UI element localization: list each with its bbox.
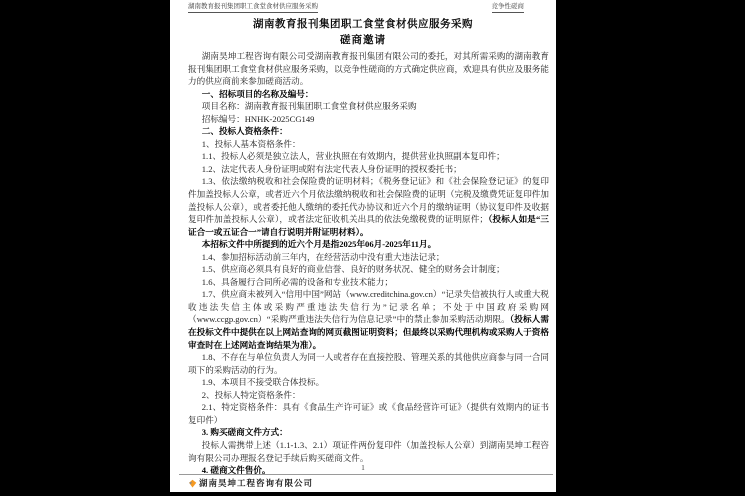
paragraph: 二、投标人资格条件：: [188, 125, 549, 138]
paragraph: 2、投标人特定资格条件：: [188, 389, 549, 402]
footer-divider: [179, 474, 553, 475]
document-subtitle: 磋商邀请: [170, 34, 556, 47]
paragraph: 1.1、投标人必须是独立法人，营业执照在有效期内，提供营业执照副本复印件；: [188, 150, 549, 163]
paragraph: 一、招标项目的名称及编号：: [188, 88, 549, 101]
document-title: 湖南教育报刊集团职工食堂食材供应服务采购: [170, 18, 556, 31]
footer-company-name: 湖南昊坤工程咨询有限公司: [199, 477, 313, 489]
paragraph: 2.1、特定资格条件：具有《食品生产许可证》或《食品经营许可证》（提供有效期内的…: [188, 401, 549, 426]
paragraph: 1.3、依法缴纳税收和社会保险费的证明材料；《税务登记证》和《社会保险登记证》的…: [188, 175, 549, 238]
paragraph: 1.6、具备履行合同所必需的设备和专业技术能力；: [188, 276, 549, 289]
paragraph: 3. 购买磋商文件方式：: [188, 426, 549, 439]
viewer-canvas: { "page": { "header_left": "湖南教育报刊集团职工食堂…: [0, 0, 745, 496]
paragraph: 投标人需携带上述（1.1-1.3、2.1）项证件两份复印件（加盖投标人公章）到湖…: [188, 439, 549, 464]
paragraph: 1.7、供应商未被列入“信用中国”网站（www.creditchina.gov.…: [188, 288, 549, 351]
page-header: 湖南教育报刊集团职工食堂食材供应服务采购 竞争性磋商: [170, 0, 556, 13]
paragraph: 1.4、参加招标活动前三年内，在经营活动中没有重大违法记录；: [188, 251, 549, 264]
header-left-text: 湖南教育报刊集团职工食堂食材供应服务采购: [188, 3, 318, 13]
document-page: 湖南教育报刊集团职工食堂食材供应服务采购 竞争性磋商 湖南教育报刊集团职工食堂食…: [170, 0, 556, 492]
paragraph: 1.9、本项目不接受联合体投标。: [188, 376, 549, 389]
page-number: 1: [170, 465, 556, 472]
header-right-text: 竞争性磋商: [492, 3, 525, 13]
paragraph: 1、投标人基本资格条件：: [188, 138, 549, 151]
paragraph: 1.5、供应商必须具有良好的商业信誉、良好的财务状况、健全的财务会计制度；: [188, 263, 549, 276]
company-logo-icon: [188, 479, 197, 488]
paragraph: 1.2、法定代表人身份证明或附有法定代表人身份证明的授权委托书；: [188, 163, 549, 176]
paragraph: 项目名称：湖南教育报刊集团职工食堂食材供应服务采购: [188, 100, 549, 113]
paragraph: 1.8、不存在与单位负责人为同一人或者存在直接控股、管理关系的其他供应商参与同一…: [188, 351, 549, 376]
paragraph: 招标编号：HNHK-2025CG149: [188, 113, 549, 126]
paragraph: 本招标文件中所提到的近六个月是指2025年06月-2025年11月。: [188, 238, 549, 251]
paragraph: 湖南昊坤工程咨询有限公司受湖南教育报刊集团有限公司的委托，对其所需采购的湖南教育…: [188, 50, 549, 88]
document-body: 湖南昊坤工程咨询有限公司受湖南教育报刊集团有限公司的委托，对其所需采购的湖南教育…: [170, 47, 556, 477]
page-footer: 湖南昊坤工程咨询有限公司: [188, 477, 313, 489]
